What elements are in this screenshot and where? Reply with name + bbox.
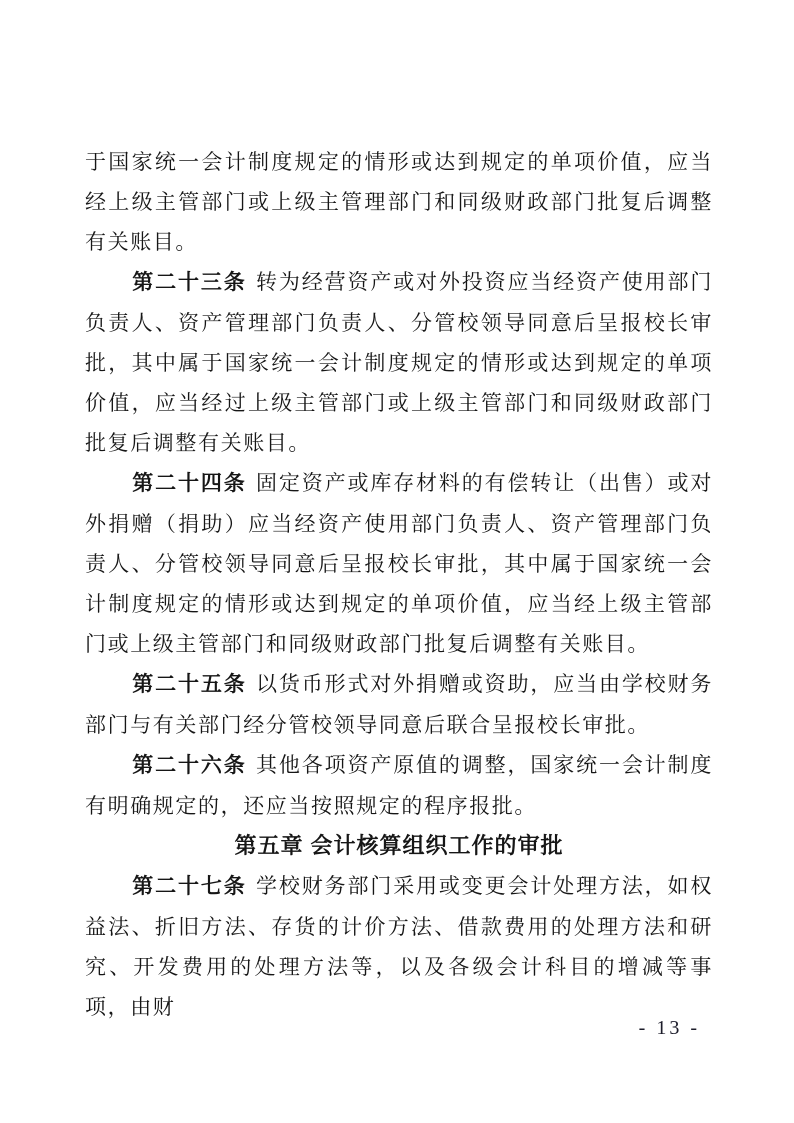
article-26-number: 第二十六条: [132, 754, 246, 777]
chapter-5-heading: 第五章 会计核算组织工作的审批: [85, 826, 713, 866]
article-26: 第二十六条其他各项资产原值的调整，国家统一会计制度有明确规定的，还应当按照规定的…: [85, 745, 713, 826]
article-23-text: 转为经营资产或对外投资应当经资产使用部门负责人、资产管理部门负责人、分管校领导同…: [85, 270, 713, 455]
document-page: 于国家统一会计制度规定的情形或达到规定的单项价值，应当经上级主管部门或上级主管理…: [0, 0, 794, 1123]
article-25: 第二十五条以货币形式对外捐赠或资助，应当由学校财务部门与有关部门经分管校领导同意…: [85, 664, 713, 745]
article-25-number: 第二十五条: [132, 673, 246, 696]
article-24-number: 第二十四条: [132, 472, 246, 495]
article-24-text: 固定资产或库存材料的有偿转让（出售）或对外捐赠（捐助）应当经资产使用部门负责人、…: [85, 471, 713, 656]
article-27-number: 第二十七条: [132, 875, 246, 898]
article-27: 第二十七条学校财务部门采用或变更会计处理方法，如权益法、折旧方法、存货的计价方法…: [85, 866, 713, 1027]
page-number: - 13 -: [639, 1014, 700, 1042]
paragraph-continuation: 于国家统一会计制度规定的情形或达到规定的单项价值，应当经上级主管部门或上级主管理…: [85, 142, 713, 262]
document-body: 于国家统一会计制度规定的情形或达到规定的单项价值，应当经上级主管部门或上级主管理…: [85, 142, 713, 1027]
article-23-number: 第二十三条: [132, 271, 246, 294]
article-23: 第二十三条转为经营资产或对外投资应当经资产使用部门负责人、资产管理部门负责人、分…: [85, 262, 713, 463]
article-24: 第二十四条固定资产或库存材料的有偿转让（出售）或对外捐赠（捐助）应当经资产使用部…: [85, 463, 713, 664]
